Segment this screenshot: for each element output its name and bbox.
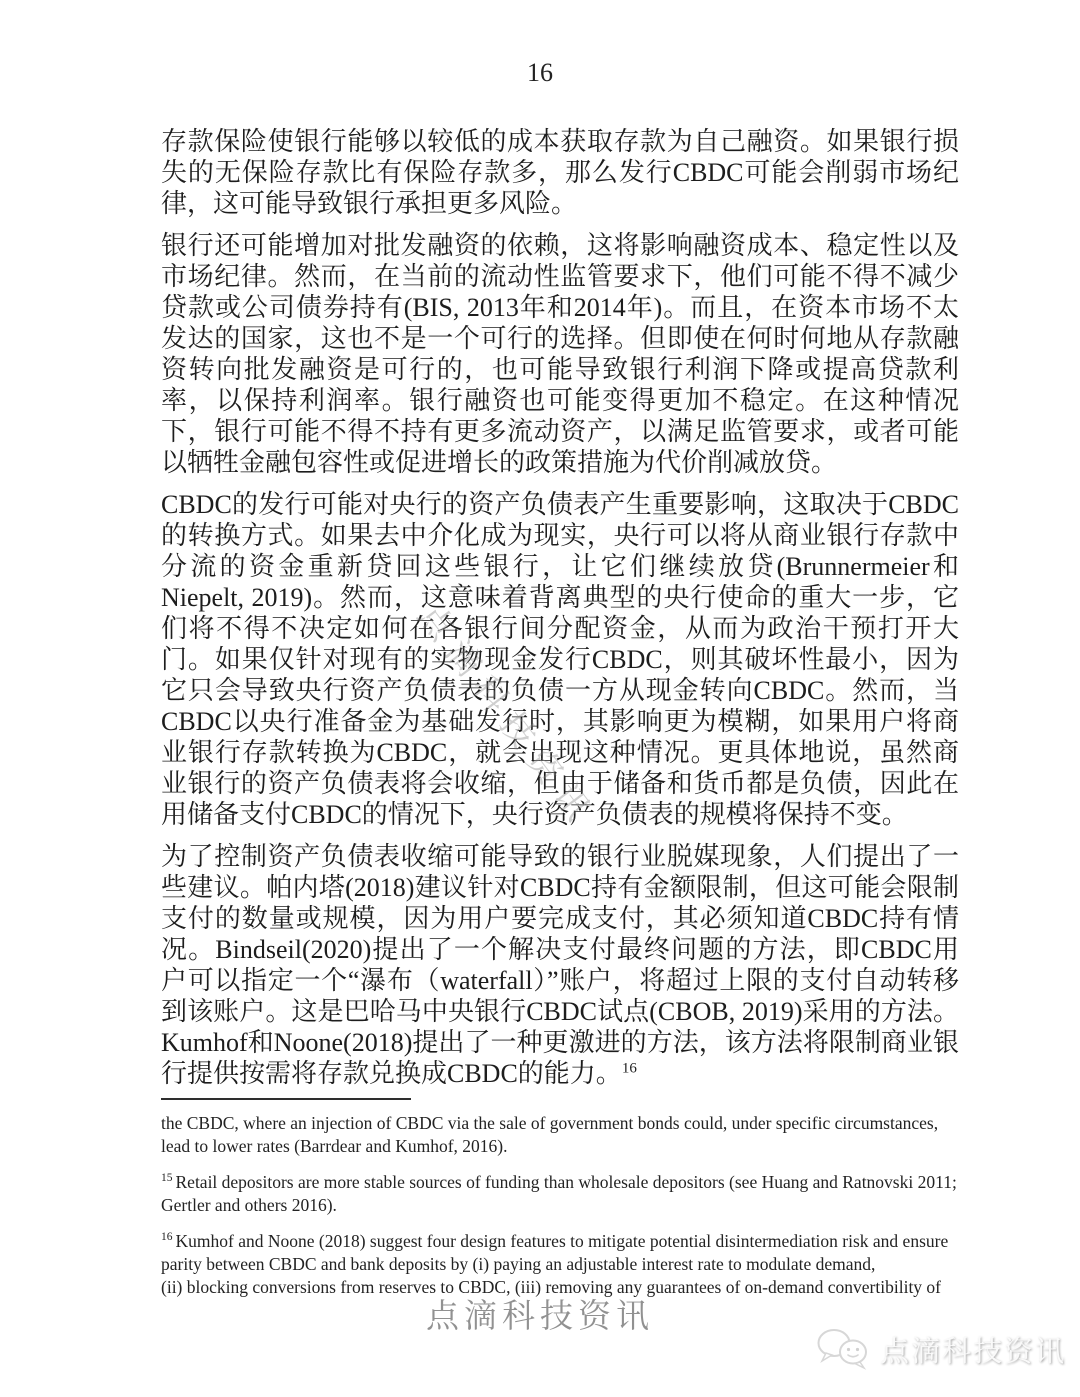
footnote-15: 15Retail depositors are more stable sour… [161, 1171, 963, 1217]
main-text-block: 存款保险使银行能够以较低的成本获取存款为自己融资。如果银行损失的无保险存款比有保… [161, 126, 959, 1100]
footnote-continuation: the CBDC, where an injection of CBDC via… [161, 1112, 963, 1158]
footnote-16-text-line1: Kumhof and Noone (2018) suggest four des… [161, 1231, 948, 1274]
document-page: { "page": { "number": "16" }, "content":… [0, 0, 1080, 1397]
footnote-separator-line [161, 1098, 411, 1100]
paragraph-disintermediation-text: 为了控制资产负债表收缩可能导致的银行业脱媒现象，人们提出了一些建议。帕内塔(20… [161, 842, 959, 1088]
bottom-right-watermark: 点滴科技资讯 [817, 1326, 1066, 1372]
paragraph-deposit-insurance: 存款保险使银行能够以较低的成本获取存款为自己融资。如果银行损失的无保险存款比有保… [161, 126, 959, 219]
footnote-16: 16Kumhof and Noone (2018) suggest four d… [161, 1230, 963, 1299]
footnotes-section: the CBDC, where an injection of CBDC via… [161, 1098, 963, 1312]
paragraph-wholesale-funding: 银行还可能增加对批发融资的依赖，这将影响融资成本、稳定性以及市场纪律。然而，在当… [161, 230, 959, 478]
footnote-15-text: Retail depositors are more stable source… [161, 1172, 957, 1215]
footnote-16-marker: 16 [161, 1231, 173, 1243]
page-number: 16 [0, 58, 1080, 88]
footnote-15-marker: 15 [161, 1172, 173, 1184]
paragraph-central-bank-balance-sheet: CBDC的发行可能对央行的资产负债表产生重要影响，这取决于CBDC的转换方式。如… [161, 489, 959, 830]
wechat-bubbles-icon [817, 1326, 873, 1372]
paragraph-disintermediation-proposals: 为了控制资产负债表收缩可能导致的银行业脱媒现象，人们提出了一些建议。帕内塔(20… [161, 841, 959, 1089]
footnote-reference-16: 16 [622, 1060, 637, 1076]
bottom-right-watermark-text: 点滴科技资讯 [880, 1329, 1066, 1370]
